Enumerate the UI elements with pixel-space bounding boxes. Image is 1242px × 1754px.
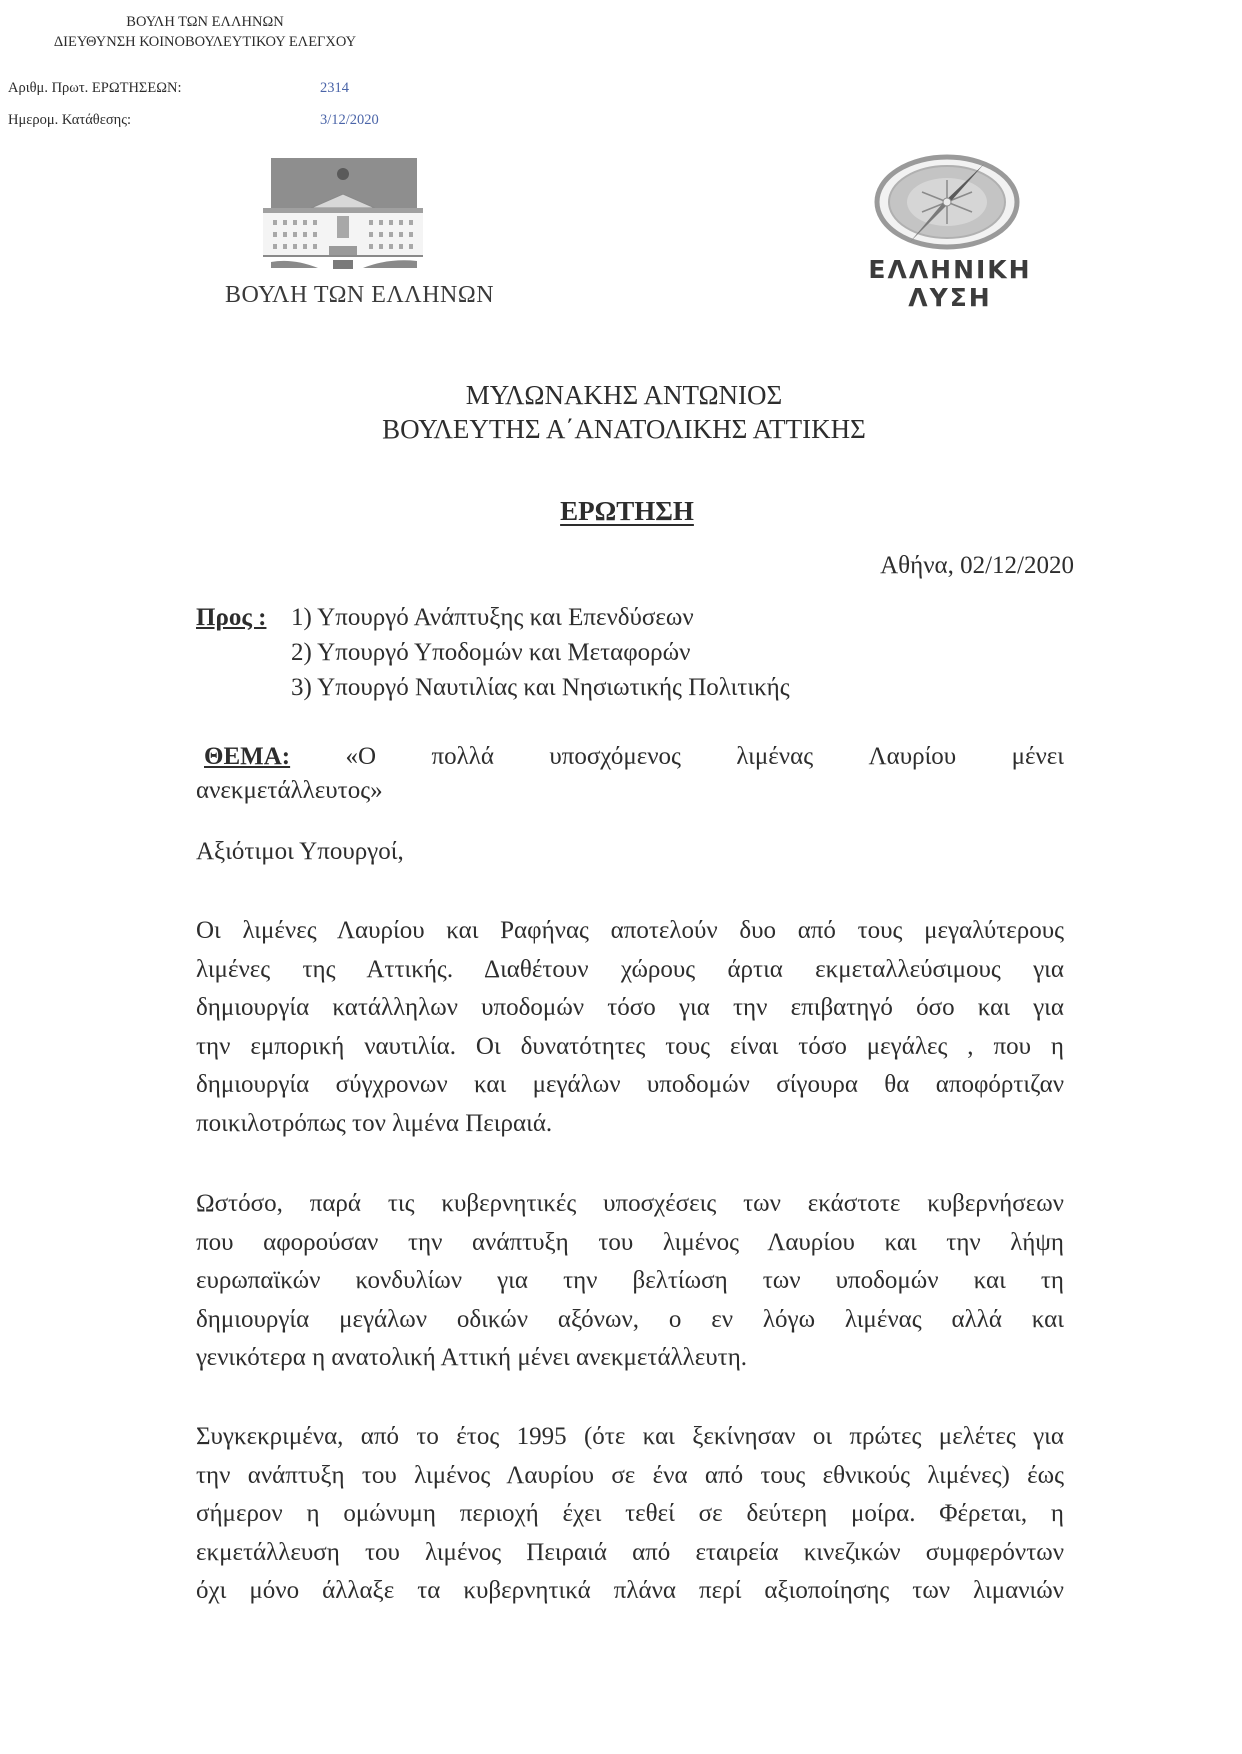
paragraph-line: δημιουργία σύγχρονων και μεγάλων υποδομώ… (196, 1066, 1064, 1105)
subject-block: ΘΕΜΑ: «Ο πολλά υποσχόμενος λιμένας Λαυρί… (196, 740, 1064, 808)
parliament-building-icon (263, 158, 423, 270)
paragraph-line: δημιουργία μεγάλων οδικών αξόνων, ο εν λ… (196, 1301, 1064, 1340)
paragraph-line: την εμπορική ναυτιλία. Οι δυνατότητες το… (196, 1028, 1064, 1067)
subject-word: υποσχόμενος (549, 740, 681, 774)
paragraph-line: Οι λιμένες Λαυρίου και Ραφήνας αποτελούν… (196, 912, 1064, 951)
recipient-item: 3) Υπουργό Ναυτιλίας και Νησιωτικής Πολι… (291, 670, 790, 705)
subject-word: λιμένας (736, 740, 813, 774)
office-header: ΒΟΥΛΗ ΤΩΝ ΕΛΛΗΝΩΝ ΔΙΕΥΘΥΝΣΗ ΚΟΙΝΟΒΟΥΛΕΥΤ… (20, 12, 390, 52)
paragraph-line: δημιουργία κατάλληλων υποδομών τόσο για … (196, 989, 1064, 1028)
recipient-item: 1) Υπουργό Ανάπτυξης και Επενδύσεων (291, 600, 790, 635)
paragraph-line: την ανάπτυξη του λιμένος Λαυρίου σε ένα … (196, 1457, 1064, 1496)
subject-word: πολλά (431, 740, 493, 774)
body-paragraph: Ωστόσο, παρά τις κυβερνητικές υποσχέσεις… (196, 1185, 1064, 1378)
filing-date-value: 3/12/2020 (320, 112, 379, 129)
paragraph-line: όχι μόνο άλλαξε τα κυβερνητικά πλάνα περ… (196, 1572, 1064, 1611)
paragraph-line: εκμετάλλευση του λιμένος Πειραιά από ετα… (196, 1534, 1064, 1573)
paragraph-line: Συγκεκριμένα, από το έτος 1995 (ότε και … (196, 1418, 1064, 1457)
compass-icon (872, 154, 1022, 254)
paragraph-line: γενικότερα η ανατολική Αττική μένει ανεκ… (196, 1339, 1064, 1378)
paragraph-line: ποικιλοτρόπως τον λιμένα Πειραιά. (196, 1105, 1064, 1144)
subject-line-2: ανεκμετάλλευτος» (196, 774, 1064, 808)
greeting: Αξιότιμοι Υπουργοί, (196, 838, 404, 866)
recipient-item: 2) Υπουργό Υποδομών και Μεταφορών (291, 635, 790, 670)
paragraph-line: σήμερον η ομώνυμη περιοχή έχει τεθεί σε … (196, 1495, 1064, 1534)
subject-line-1: ΘΕΜΑ: «Ο πολλά υποσχόμενος λιμένας Λαυρί… (196, 740, 1064, 774)
parliament-logo-text: ΒΟΥΛΗ ΤΩΝ ΕΛΛΗΝΩΝ (225, 282, 485, 309)
party-name-line2: ΛΥΣΗ (830, 283, 1070, 312)
body-paragraph: Οι λιμένες Λαυρίου και Ραφήνας αποτελούν… (196, 912, 1064, 1143)
paragraph-line: λιμένες της Αττικής. Διαθέτουν χώρους άρ… (196, 951, 1064, 990)
department-name: ΔΙΕΥΘΥΝΣΗ ΚΟΙΝΟΒΟΥΛΕΥΤΙΚΟΥ ΕΛΕΓΧΟΥ (20, 32, 390, 52)
paragraph-line: που αφορούσαν την ανάπτυξη του λιμένος Λ… (196, 1224, 1064, 1263)
institution-name: ΒΟΥΛΗ ΤΩΝ ΕΛΛΗΝΩΝ (20, 12, 390, 32)
subject-word: Λαυρίου (868, 740, 956, 774)
document-type-heading: ΕΡΩΤΗΣΗ (0, 496, 1242, 527)
subject-label: ΘΕΜΑ: (196, 740, 290, 774)
filing-date-label: Ημερομ. Κατάθεσης: (8, 112, 131, 129)
author-title: ΒΟΥΛΕΥΤΗΣ Α΄ΑΝΑΤΟΛΙΚΗΣ ΑΤΤΙΚΗΣ (0, 414, 1242, 445)
party-name-line1: ΕΛΛΗΝΙΚΗ (830, 255, 1070, 284)
subject-word: μένει (1012, 740, 1064, 774)
recipients-label: Προς : (196, 600, 266, 635)
recipients-list: 1) Υπουργό Ανάπτυξης και Επενδύσεων 2) Υ… (291, 600, 790, 705)
author-name: ΜΥΛΩΝΑΚΗΣ ΑΝΤΩΝΙΟΣ (0, 380, 1242, 411)
protocol-number-label: Αριθμ. Πρωτ. ΕΡΩΤΗΣΕΩΝ: (8, 80, 182, 97)
party-logo: ΕΛΛΗΝΙΚΗ ΛΥΣΗ (830, 150, 1070, 320)
place-date: Αθήνα, 02/12/2020 (880, 552, 1074, 580)
subject-word: «Ο (346, 740, 377, 774)
paragraph-line: ευρωπαϊκών κονδυλίων για την βελτίωση τω… (196, 1262, 1064, 1301)
parliament-logo: ΒΟΥΛΗ ΤΩΝ ΕΛΛΗΝΩΝ (225, 158, 485, 313)
body-paragraph: Συγκεκριμένα, από το έτος 1995 (ότε και … (196, 1418, 1064, 1611)
paragraph-line: Ωστόσο, παρά τις κυβερνητικές υποσχέσεις… (196, 1185, 1064, 1224)
protocol-number-value: 2314 (320, 80, 349, 97)
